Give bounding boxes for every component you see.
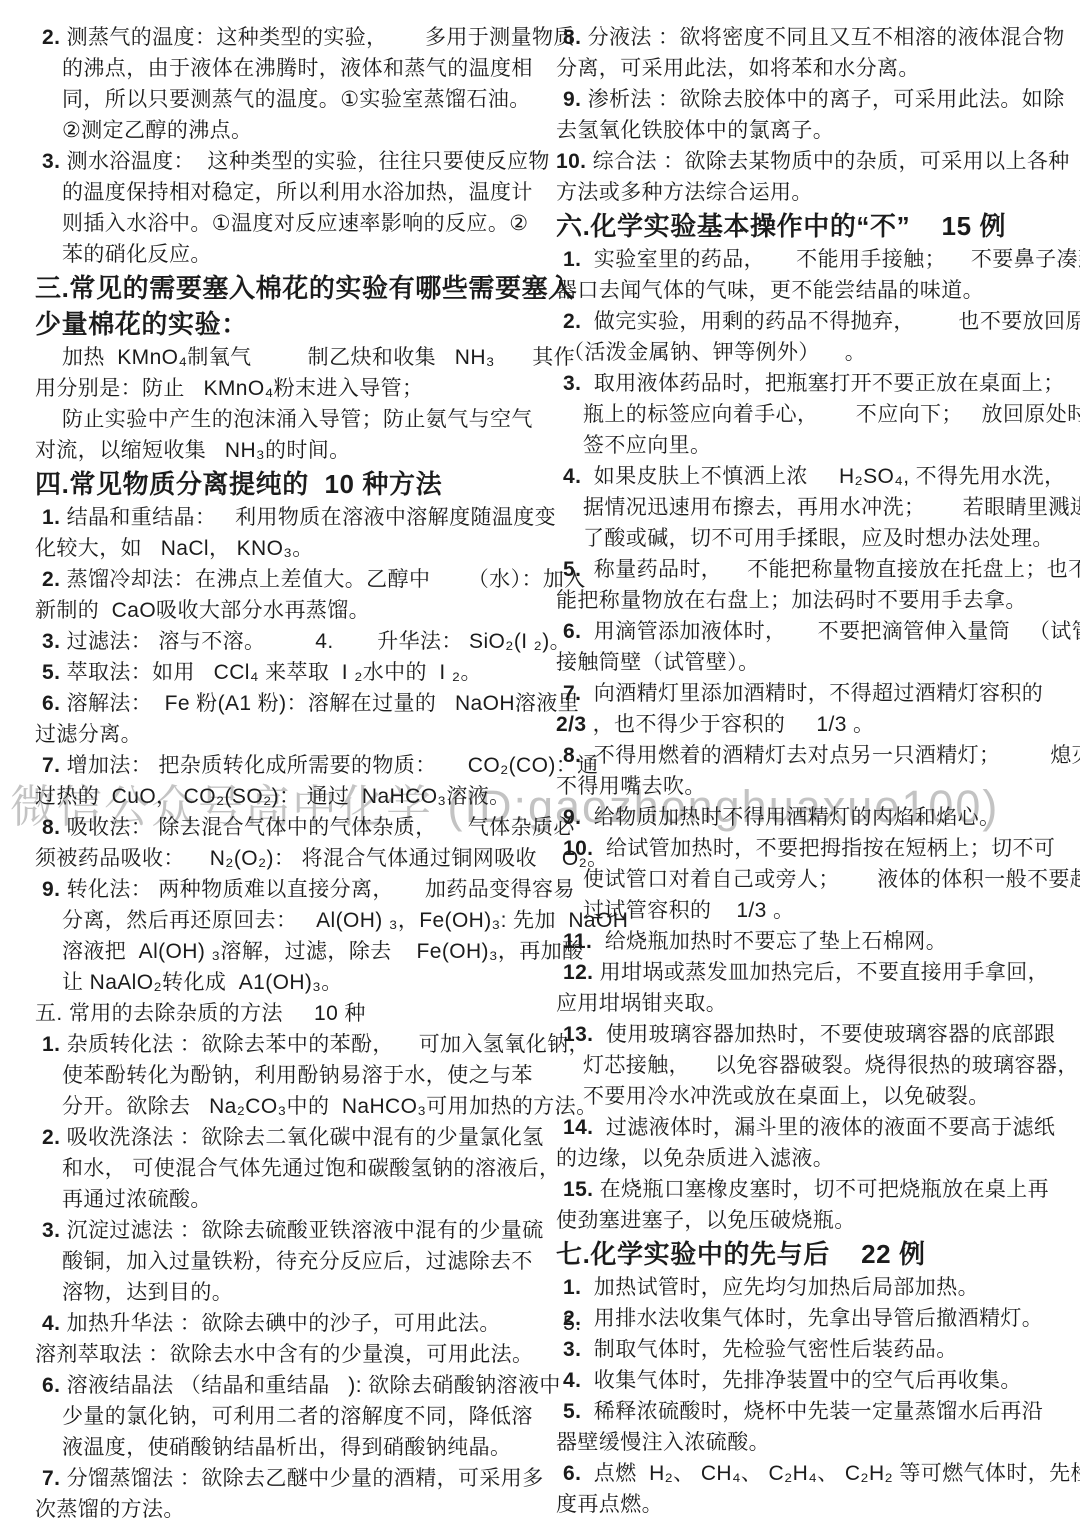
line-text: 器壁缓慢注入浓硫酸。 xyxy=(556,1431,770,1454)
text-line: 7. 分馏蒸馏法 ：欲除去乙醚中少量的酒精，可采用多 xyxy=(35,1463,540,1494)
text-line: 11. 给烧瓶加热时不要忘了垫上石棉网。 xyxy=(556,926,1066,957)
line-text: 过滤液体时，漏斗里的液体的液面不要高于滤纸 xyxy=(593,1116,1055,1139)
item-number: 7. xyxy=(42,754,60,777)
line-text: 液温度，使硝酸钠结晶析出，得到硝酸钠纯晶。 xyxy=(62,1436,511,1459)
text-line: 2. 蒸馏冷却法：在沸点上差值大。乙醇中 （水）：加入 xyxy=(35,564,540,595)
item-number: 1. xyxy=(42,506,60,529)
text-line: 9. 转化法： 两种物质难以直接分离， 加药品变得容易 xyxy=(35,874,540,905)
line-text: 沉淀过滤法 ：欲除去硫酸亚铁溶液中混有的少量硫 xyxy=(60,1219,543,1242)
line-text: 稀释浓硫酸时，烧杯中先装一定量蒸馏水后再沿 xyxy=(581,1400,1043,1423)
text-line: 溶液把 Al(OH) ₃溶解，过滤，除去 Fe(OH)₃，再加酸 xyxy=(35,936,540,967)
line-text: 溶液把 Al(OH) ₃溶解，过滤，除去 Fe(OH)₃，再加酸 xyxy=(62,940,584,963)
text-line: 不得用嘴去吹。 xyxy=(556,771,1066,802)
text-line: 1. 实验室里的药品， 不能用手接触； 不要鼻子凑到容 xyxy=(556,244,1066,275)
item-number: 2. xyxy=(42,1126,60,1149)
line-text: 过试管容积的 1/3 。 xyxy=(583,899,794,922)
line-text: 杂质转化法 ：欲除去苯中的苯酚， 可加入氢氧化钠， xyxy=(60,1033,590,1056)
text-line: 方法或多种方法综合运用。 xyxy=(556,177,1066,208)
text-line: 应用坩埚钳夹取。 xyxy=(556,988,1066,1019)
item-number: 10. xyxy=(563,837,593,860)
line-text: 给物质加热时不得用酒精灯的内焰和焰心。 xyxy=(581,806,1000,829)
text-line: 溶物，达到目的。 xyxy=(35,1277,540,1308)
text-line: 5. 称量药品时， 不能把称量物直接放在托盘上；也不 xyxy=(556,554,1066,585)
line-text: 制取气体时，先检验气密性后装药品。 xyxy=(581,1338,957,1361)
line-text: 使用玻璃容器加热时，不要使玻璃容器的底部跟 xyxy=(593,1023,1055,1046)
text-line: 溶剂萃取法 ：欲除去水中含有的少量溴，可用此法。 xyxy=(35,1339,540,1370)
text-line: 则插入水浴中。①温度对反应速率影响的反应。② xyxy=(35,208,540,239)
text-line: 6. 溶液结晶法 （结晶和重结晶 ): 欲除去硝酸钠溶液中 xyxy=(35,1370,540,1401)
text-line: 4. 收集气体时，先排净装置中的空气后再收集。 xyxy=(556,1365,1066,1396)
text-line: 瓶上的标签应向着手心， 不应向下； 放回原处时标 xyxy=(556,399,1066,430)
item-number: 15. xyxy=(563,1178,593,1201)
text-line: 3. 过滤法： 溶与不溶。 4. 升华法： SiO₂(I ₂)。 xyxy=(35,626,540,657)
text-line: 3. 取用液体药品时，把瓶塞打开不要正放在桌面上； xyxy=(556,368,1066,399)
line-text: 蒸馏冷却法：在沸点上差值大。乙醇中 （水）：加入 xyxy=(60,568,585,591)
line-text: 用排水法收集气体时，先拿出导管后撤酒精灯。 xyxy=(581,1307,1043,1330)
item-number: 6. xyxy=(42,1374,60,1397)
line-text: 过滤分离。 xyxy=(35,723,142,746)
line-text: 实验室里的药品， 不能用手接触； 不要鼻子凑到容 xyxy=(581,248,1080,271)
line-text: 测水浴温度： 这种类型的实验，往往只要使反应物 xyxy=(60,150,550,173)
item-number: 14. xyxy=(563,1116,593,1139)
line-text: 签不应向里。 xyxy=(583,434,711,457)
text-line: 使试管口对着自己或旁人； 液体的体积一般不要超 xyxy=(556,864,1066,895)
text-line: 分离，然后再还原回去： Al(OH) ₃，Fe(OH)₃: 先加 NaOH xyxy=(35,905,540,936)
item-number: 3. xyxy=(563,372,581,395)
item-number: 6. xyxy=(563,1462,581,1485)
section-heading: 三.常见的需要塞入棉花的实验有哪些需要塞入 xyxy=(35,270,540,306)
item-number: 2. xyxy=(42,568,60,591)
item-number: 9. xyxy=(563,88,581,111)
text-line: 2. 用排水法收集气体时，先拿出导管后撤酒精灯。 xyxy=(556,1303,1066,1334)
line-text: 溶剂萃取法 ：欲除去水中含有的少量溴，可用此法。 xyxy=(35,1343,533,1366)
line-text: 综合法 ：欲除去某物质中的杂质，可采用以上各种 xyxy=(586,150,1069,173)
text-line: 过滤分离。 xyxy=(35,719,540,750)
text-line: 的沸点，由于液体在沸腾时，液体和蒸气的温度相 xyxy=(35,53,540,84)
text-line: 14. 过滤液体时，漏斗里的液体的液面不要高于滤纸 xyxy=(556,1112,1066,1143)
line-text: 测蒸气的温度：这种类型的实验， 多用于测量物质 xyxy=(60,26,574,49)
text-line: 不要用冷水冲洗或放在桌面上，以免破裂。 xyxy=(556,1081,1066,1112)
text-line: 据情况迅速用布擦去，再用水冲洗； 若眼睛里溅进 xyxy=(556,492,1066,523)
section-heading: 四.常见物质分离提纯的 10 种方法 xyxy=(35,466,540,502)
text-line: 使苯酚转化为酚钠，利用酚钠易溶于水，使之与苯 xyxy=(35,1060,540,1091)
line-text: 度再点燃。 xyxy=(556,1493,663,1516)
item-number: 5. xyxy=(563,1400,581,1423)
text-line: 过热的 CuO， CO₂(SO₂)： 通过 NaHCO₃溶液。 xyxy=(35,781,540,812)
line-text: 分馏蒸馏法 ：欲除去乙醚中少量的酒精，可采用多 xyxy=(60,1467,543,1490)
line-text: 的温度保持相对稳定，所以利用水浴加热，温度计 xyxy=(62,181,533,204)
line-text: 再通过浓硫酸。 xyxy=(62,1188,212,1211)
text-line: 9. 给物质加热时不得用酒精灯的内焰和焰心。 xyxy=(556,802,1066,833)
text-line: 器壁缓慢注入浓硫酸。 xyxy=(556,1427,1066,1458)
text-line: 4. 加热升华法 ：欲除去碘中的沙子，可用此法。 5. xyxy=(35,1308,540,1339)
line-text: 使试管口对着自己或旁人； 液体的体积一般不要超 xyxy=(583,868,1080,891)
item-number: 3. xyxy=(42,1219,60,1242)
line-text: 四.常见物质分离提纯的 10 种方法 xyxy=(35,469,442,499)
text-line: 苯的硝化反应。 xyxy=(35,239,540,270)
line-text: 了酸或碱，切不可用手揉眼，应及时想办法处理。 xyxy=(583,527,1054,550)
line-text: 新制的 CaO吸收大部分水再蒸馏。 xyxy=(35,599,370,622)
line-text: 同，所以只要测蒸气的温度。①实验室蒸馏石油。 xyxy=(62,88,531,111)
item-number: 3. xyxy=(563,1338,581,1361)
text-line: 1. 杂质转化法 ：欲除去苯中的苯酚， 可加入氢氧化钠， xyxy=(35,1029,540,1060)
text-line: 分开。欲除去 Na₂CO₃中的 NaHCO₃可用加热的方法。 xyxy=(35,1091,540,1122)
line-text: 溶解法： Fe 粉(A1 粉)：溶解在过量的 NaOH溶液里 xyxy=(60,692,579,715)
text-line: 去氢氧化铁胶体中的氯离子。 xyxy=(556,115,1066,146)
text-line: 1. 结晶和重结晶： 利用物质在溶液中溶解度随温度变 xyxy=(35,502,540,533)
text-line: 用分别是：防止 KMnO₄粉末进入导管； xyxy=(35,373,540,404)
line-text: 吸收法： 除去混合气体中的气体杂质， 气体杂质必 xyxy=(60,816,574,839)
text-line: 的边缘，以免杂质进入滤液。 xyxy=(556,1143,1066,1174)
text-line: 9. 渗析法 ：欲除去胶体中的离子，可采用此法。如除 xyxy=(556,84,1066,115)
section-heading: 少量棉花的实验： xyxy=(35,306,540,342)
text-line: 6. 用滴管添加液体时， 不要把滴管伸入量筒 （试管）或 xyxy=(556,616,1066,647)
text-line: 新制的 CaO吸收大部分水再蒸馏。 xyxy=(35,595,540,626)
line-text: 加热升华法 ：欲除去碘中的沙子，可用此法。 5. xyxy=(60,1312,581,1335)
line-text: 能把称量物放在右盘上；加法码时不要用手去拿。 xyxy=(556,589,1027,612)
text-line: 6. 点燃 H₂、 CH₄、 C₂H₄、 C₂H₂ 等可燃气体时，先检验纯 xyxy=(556,1458,1066,1489)
line-text: 则插入水浴中。①温度对反应速率影响的反应。② xyxy=(62,212,528,235)
item-number: 11. xyxy=(563,930,592,953)
line-text: 加热试管时，应先均匀加热后局部加热。 xyxy=(581,1276,979,1299)
item-number: 4. xyxy=(42,1312,60,1335)
line-text: 六.化学实验基本操作中的“不” 15 例 xyxy=(556,211,1006,241)
item-number: 9. xyxy=(42,878,60,901)
line-text: 给试管加热时，不要把拇指按在短柄上；切不可 xyxy=(593,837,1055,860)
line-text: 接触筒壁（试管壁）。 xyxy=(556,651,760,674)
right-column: 8. 分液法 ：欲将密度不同且又互不相溶的液体混合物分离，可采用此法，如将苯和水… xyxy=(556,22,1066,1520)
line-text: 七.化学实验中的先与后 22 例 xyxy=(556,1239,926,1269)
text-line: 灯芯接触， 以免容器破裂。烧得很热的玻璃容器， xyxy=(556,1050,1066,1081)
text-line: 了酸或碱，切不可用手揉眼，应及时想办法处理。 xyxy=(556,523,1066,554)
text-line: 13. 使用玻璃容器加热时，不要使玻璃容器的底部跟 xyxy=(556,1019,1066,1050)
text-line: 化较大，如 NaCl， KNO₃。 xyxy=(35,533,540,564)
line-text: 溶物，达到目的。 xyxy=(62,1281,233,1304)
text-line: 器口去闻气体的气味，更不能尝结晶的味道。 xyxy=(556,275,1066,306)
text-line: 15. 在烧瓶口塞橡皮塞时，切不可把烧瓶放在桌上再 xyxy=(556,1174,1066,1205)
line-text: 取用液体药品时，把瓶塞打开不要正放在桌面上； xyxy=(581,372,1064,395)
text-line: 2. 测蒸气的温度：这种类型的实验， 多用于测量物质 xyxy=(35,22,540,53)
line-text: 分离，然后再还原回去： Al(OH) ₃，Fe(OH)₃: 先加 NaOH xyxy=(62,909,628,932)
item-number: 1. xyxy=(42,1033,60,1056)
line-text: 不得用燃着的酒精灯去对点另一只酒精灯； 熄灭时 xyxy=(581,744,1080,767)
text-line: 和水， 可使混合气体先通过饱和碳酸氢钠的溶液后， xyxy=(35,1153,540,1184)
text-line: 同，所以只要测蒸气的温度。①实验室蒸馏石油。 xyxy=(35,84,540,115)
text-line: 3. 制取气体时，先检验气密性后装药品。 xyxy=(556,1334,1066,1365)
text-line: 能把称量物放在右盘上；加法码时不要用手去拿。 xyxy=(556,585,1066,616)
text-line: 再通过浓硫酸。 xyxy=(35,1184,540,1215)
item-number: 4. xyxy=(563,465,581,488)
text-line: 7. 增加法： 把杂质转化成所需要的物质： CO₂(CO)：通 xyxy=(35,750,540,781)
line-text: 做完实验，用剩的药品不得抛弃， 也不要放回原瓶 xyxy=(581,310,1080,333)
item-number: 10. xyxy=(556,150,586,173)
text-line: 4. 如果皮肤上不慎洒上浓 H₂SO₄, 不得先用水洗， 应根 xyxy=(556,461,1066,492)
text-line: 8. 分液法 ：欲将密度不同且又互不相溶的液体混合物 xyxy=(556,22,1066,53)
text-line: 7. 向酒精灯里添加酒精时，不得超过酒精灯容积的 xyxy=(556,678,1066,709)
text-line: 接触筒壁（试管壁）。 xyxy=(556,647,1066,678)
text-line: 2. 做完实验，用剩的药品不得抛弃， 也不要放回原瓶 xyxy=(556,306,1066,337)
line-text: （活泼金属钠、钾等例外） 。 xyxy=(563,341,866,364)
line-text: 过热的 CuO， CO₂(SO₂)： 通过 NaHCO₃溶液。 xyxy=(35,785,511,808)
line-text: 分液法 ：欲将密度不同且又互不相溶的液体混合物 xyxy=(581,26,1064,49)
text-line: 签不应向里。 xyxy=(556,430,1066,461)
text-line: 6. 溶解法： Fe 粉(A1 粉)：溶解在过量的 NaOH溶液里 xyxy=(35,688,540,719)
item-number: 3. xyxy=(42,630,60,653)
text-line: 酸铜，加入过量铁粉，待充分反应后，过滤除去不 xyxy=(35,1246,540,1277)
text-line: 次蒸馏的方法。 xyxy=(35,1494,540,1525)
line-text: 称量药品时， 不能把称量物直接放在托盘上；也不 xyxy=(581,558,1080,581)
item-number: 7. xyxy=(563,682,581,705)
text-line: 过试管容积的 1/3 。 xyxy=(556,895,1066,926)
text-line: 2. 吸收洗涤法 ：欲除去二氧化碳中混有的少量氯化氢 xyxy=(35,1122,540,1153)
line-text: 应用坩埚钳夹取。 xyxy=(556,992,727,1015)
line-text: 防止实验中产生的泡沫涌入导管；防止氨气与空气 xyxy=(62,408,533,431)
item-number: 8. xyxy=(563,26,581,49)
text-line: 分离，可采用此法，如将苯和水分离。 xyxy=(556,53,1066,84)
line-text: 方法或多种方法综合运用。 xyxy=(556,181,813,204)
line-text: 溶液结晶法 （结晶和重结晶 ): 欲除去硝酸钠溶液中 xyxy=(60,1374,560,1397)
line-text: 化较大，如 NaCl， KNO₃。 xyxy=(35,537,314,560)
item-number: 8. xyxy=(42,816,60,839)
line-text: 萃取法：如用 CCl₄ 来萃取 I ₂水中的 I ₂。 xyxy=(60,661,482,684)
item-number: 13. xyxy=(563,1023,593,1046)
line-text: 给烧瓶加热时不要忘了垫上石棉网。 xyxy=(592,930,947,953)
text-line: 让 NaAlO₂转化成 A1(OH)₃。 xyxy=(35,967,540,998)
line-text: 据情况迅速用布擦去，再用水冲洗； 若眼睛里溅进 xyxy=(583,496,1080,519)
item-number: 6. xyxy=(42,692,60,715)
item-number: 1. xyxy=(563,248,581,271)
text-line: 12. 用坩埚或蒸发皿加热完后，不要直接用手拿回， xyxy=(556,957,1066,988)
item-number: 8. xyxy=(563,744,581,767)
text-line: 5. 萃取法：如用 CCl₄ 来萃取 I ₂水中的 I ₂。 xyxy=(35,657,540,688)
line-text: 渗析法 ：欲除去胶体中的离子，可采用此法。如除 xyxy=(581,88,1064,111)
section-heading: 六.化学实验基本操作中的“不” 15 例 xyxy=(556,208,1066,244)
line-text: 三.常见的需要塞入棉花的实验有哪些需要塞入 xyxy=(35,273,575,303)
item-number: 5. xyxy=(563,558,581,581)
text-line: 液温度，使硝酸钠结晶析出，得到硝酸钠纯晶。 xyxy=(35,1432,540,1463)
text-line: ②测定乙醇的沸点。 xyxy=(35,115,540,146)
text-line: 2/3 ，也不得少于容积的 1/3 。 xyxy=(556,709,1066,740)
text-line: 的温度保持相对稳定，所以利用水浴加热，温度计 xyxy=(35,177,540,208)
line-text: 器口去闻气体的气味，更不能尝结晶的味道。 xyxy=(556,279,984,302)
item-number: 3. xyxy=(42,150,60,173)
item-number: 5. xyxy=(42,661,60,684)
line-text: 去氢氧化铁胶体中的氯离子。 xyxy=(556,119,834,142)
text-line: 10. 综合法 ：欲除去某物质中的杂质，可采用以上各种 xyxy=(556,146,1066,177)
line-text: 少量的氯化钠，可利用二者的溶解度不同，降低溶 xyxy=(62,1405,533,1428)
text-line: 1. 加热试管时，应先均匀加热后局部加热。 xyxy=(556,1272,1066,1303)
line-text: 增加法： 把杂质转化成所需要的物质： CO₂(CO)：通 xyxy=(60,754,598,777)
line-text: 的边缘，以免杂质进入滤液。 xyxy=(556,1147,834,1170)
line-text: 使劲塞进塞子，以免压破烧瓶。 xyxy=(556,1209,856,1232)
line-text: 过滤法： 溶与不溶。 4. 升华法： SiO₂(I ₂)。 xyxy=(60,630,571,653)
item-number: 6. xyxy=(563,620,581,643)
line-text: 和水， 可使混合气体先通过饱和碳酸氢钠的溶液后， xyxy=(62,1157,560,1180)
item-number: 2. xyxy=(42,26,60,49)
text-line: 加热 KMnO₄制氧气 制乙炔和收集 NH₃ 其作 xyxy=(35,342,540,373)
text-line: （活泼金属钠、钾等例外） 。 xyxy=(556,337,1066,368)
text-line: 度再点燃。 xyxy=(556,1489,1066,1520)
text-line: 防止实验中产生的泡沫涌入导管；防止氨气与空气 xyxy=(35,404,540,435)
line-text: 不要用冷水冲洗或放在桌面上，以免破裂。 xyxy=(583,1085,990,1108)
text-line: 五. 常用的去除杂质的方法 10 种 xyxy=(35,998,540,1029)
text-line: 10. 给试管加热时，不要把拇指按在短柄上；切不可 xyxy=(556,833,1066,864)
line-text: 灯芯接触， 以免容器破裂。烧得很热的玻璃容器， xyxy=(583,1054,1079,1077)
line-text: 的沸点，由于液体在沸腾时，液体和蒸气的温度相 xyxy=(62,57,533,80)
line-text: 不得用嘴去吹。 xyxy=(556,775,706,798)
document-page: 微信公众号高中化学 (ID:gaozhonghuaxue100) 2. 测蒸气的… xyxy=(0,0,1080,1526)
line-text: 点燃 H₂、 CH₄、 C₂H₄、 C₂H₂ 等可燃气体时，先检验纯 xyxy=(581,1462,1080,1485)
text-line: 对流，以缩短收集 NH₃的时间。 xyxy=(35,435,540,466)
line-text: 酸铜，加入过量铁粉，待充分反应后，过滤除去不 xyxy=(62,1250,533,1273)
text-line: 3. 沉淀过滤法 ：欲除去硫酸亚铁溶液中混有的少量硫 xyxy=(35,1215,540,1246)
text-line: 少量的氯化钠，可利用二者的溶解度不同，降低溶 xyxy=(35,1401,540,1432)
line-text: 用分别是：防止 KMnO₄粉末进入导管； xyxy=(35,377,423,400)
line-text: 分开。欲除去 Na₂CO₃中的 NaHCO₃可用加热的方法。 xyxy=(62,1095,597,1118)
line-text: 让 NaAlO₂转化成 A1(OH)₃。 xyxy=(62,971,343,994)
line-text: 向酒精灯里添加酒精时，不得超过酒精灯容积的 xyxy=(581,682,1043,705)
item-number: 1. xyxy=(563,1276,581,1299)
item-number: 4. xyxy=(563,1369,581,1392)
line-text: 用滴管添加液体时， 不要把滴管伸入量筒 （试管）或 xyxy=(581,620,1080,643)
line-text: 结晶和重结晶： 利用物质在溶液中溶解度随温度变 xyxy=(60,506,556,529)
line-text: 瓶上的标签应向着手心， 不应向下； 放回原处时标 xyxy=(583,403,1080,426)
text-line: 3. 测水浴温度： 这种类型的实验，往往只要使反应物 xyxy=(35,146,540,177)
item-number: 2. xyxy=(563,310,581,333)
text-line: 5. 稀释浓硫酸时，烧杯中先装一定量蒸馏水后再沿 xyxy=(556,1396,1066,1427)
line-text: ，也不得少于容积的 1/3 。 xyxy=(586,713,874,736)
text-line: 8. 不得用燃着的酒精灯去对点另一只酒精灯； 熄灭时 xyxy=(556,740,1066,771)
text-line: 8. 吸收法： 除去混合气体中的气体杂质， 气体杂质必 xyxy=(35,812,540,843)
item-number: 7. xyxy=(42,1467,60,1490)
line-text: 在烧瓶口塞橡皮塞时，切不可把烧瓶放在桌上再 xyxy=(593,1178,1049,1201)
line-text: 分离，可采用此法，如将苯和水分离。 xyxy=(556,57,920,80)
item-number: 2/3 xyxy=(556,713,586,736)
line-text: 次蒸馏的方法。 xyxy=(35,1498,185,1521)
line-text: 吸收洗涤法 ：欲除去二氧化碳中混有的少量氯化氢 xyxy=(60,1126,543,1149)
line-text: 五. 常用的去除杂质的方法 10 种 xyxy=(35,1002,366,1025)
text-line: 使劲塞进塞子，以免压破烧瓶。 xyxy=(556,1205,1066,1236)
item-number: 2. xyxy=(563,1307,581,1330)
item-number: 12. xyxy=(563,961,593,984)
line-text: 加热 KMnO₄制氧气 制乙炔和收集 NH₃ 其作 xyxy=(62,346,575,369)
line-text: ②测定乙醇的沸点。 xyxy=(62,119,252,142)
line-text: 少量棉花的实验： xyxy=(35,309,248,339)
item-number: 9. xyxy=(563,806,581,829)
left-column: 2. 测蒸气的温度：这种类型的实验， 多用于测量物质的沸点，由于液体在沸腾时，液… xyxy=(35,22,540,1525)
line-text: 收集气体时，先排净装置中的空气后再收集。 xyxy=(581,1369,1021,1392)
text-line: 须被药品吸收： N₂(O₂)： 将混合气体通过铜网吸收 O₂。 xyxy=(35,843,540,874)
line-text: 转化法： 两种物质难以直接分离， 加药品变得容易 xyxy=(60,878,574,901)
line-text: 用坩埚或蒸发皿加热完后，不要直接用手拿回， xyxy=(593,961,1049,984)
line-text: 使苯酚转化为酚钠，利用酚钠易溶于水，使之与苯 xyxy=(62,1064,533,1087)
line-text: 苯的硝化反应。 xyxy=(62,243,212,266)
section-heading: 七.化学实验中的先与后 22 例 xyxy=(556,1236,1066,1272)
line-text: 须被药品吸收： N₂(O₂)： 将混合气体通过铜网吸收 O₂。 xyxy=(35,847,609,870)
line-text: 对流，以缩短收集 NH₃的时间。 xyxy=(35,439,351,462)
line-text: 如果皮肤上不慎洒上浓 H₂SO₄, 不得先用水洗， 应根 xyxy=(581,465,1080,488)
